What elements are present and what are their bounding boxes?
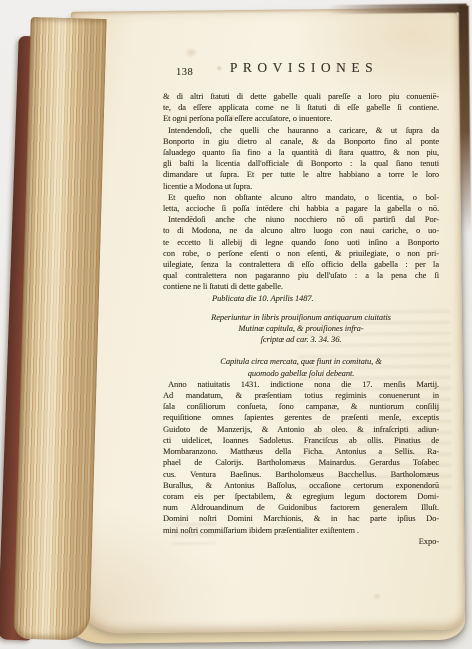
text-line: Reperiuntur in libris prouiſionum antiqu… bbox=[163, 312, 439, 323]
text-line: Guidoto de Manzerijs, & Antonio ab oleo.… bbox=[163, 424, 439, 435]
text-line: ſala conſiliorum conſueta, ſono campanæ,… bbox=[163, 401, 439, 412]
book-right-dark-edge bbox=[459, 6, 471, 234]
text-line: phael de Calorijs. Bartholomæus Mainardu… bbox=[163, 457, 439, 468]
text-line: & di altri ſtatuti di dette gabelle qual… bbox=[163, 91, 439, 102]
text-line: ſaluadego quanto ſia fino a la quantità … bbox=[163, 147, 439, 158]
text-line: requiſitione omnes ſapientes gerentes de… bbox=[163, 412, 439, 423]
text-line: coram eis per ſpectabilem, & egregium le… bbox=[163, 491, 439, 502]
text-line: cti uidelicet, Ioannes Sadoletus. Franci… bbox=[163, 435, 439, 446]
text-line: Et queſto non obſtante alcuno altro mand… bbox=[163, 192, 439, 203]
text-line: Intendendoſi, che quelli che hauranno a … bbox=[163, 125, 439, 136]
text-line: Et ogni perſona poſſa eſſere accuſatore,… bbox=[163, 113, 439, 124]
photo-background: 138 PROVISIONES & di altri ſtatuti di de… bbox=[0, 0, 472, 649]
text-line: cus. Ventura Baeſinus. Bartholomæus Bacc… bbox=[163, 469, 439, 480]
text-line: Burallus, & Antonius Baſſolus, occaſione… bbox=[163, 480, 439, 491]
text-line: Ad mandatum, & præſentiam totius regimin… bbox=[163, 390, 439, 401]
running-header: PROVISIONES bbox=[163, 62, 439, 73]
body-text: & di altri ſtatuti di dette gabelle qual… bbox=[163, 91, 439, 547]
text-line: ſcriptæ ad car. 3. 34. 36. bbox=[163, 334, 439, 345]
page-text: 138 PROVISIONES & di altri ſtatuti di de… bbox=[163, 62, 439, 547]
text-line: num Aldrouandinum de Guidonibus factorem… bbox=[163, 502, 439, 513]
text-line: mini noſtri commiſſarium ibidem præſenti… bbox=[163, 525, 439, 536]
text-line: contiene ne li ſtatuti di dette gabelle. bbox=[163, 281, 439, 292]
page-number: 138 bbox=[176, 67, 193, 78]
text-line: Publicata die 10. Aprilis 1487. bbox=[212, 293, 439, 304]
text-line: to di Modona, ne da alcuno altro luogo c… bbox=[163, 225, 439, 236]
page-top-browned-edge bbox=[327, 4, 467, 14]
text-line: te, da eſſere applicata come ne li ſtatu… bbox=[163, 102, 439, 113]
text-line: quomodo gabellæ ſolui debeant. bbox=[163, 368, 439, 379]
text-line: gli baſti la licentia dall'officiale di … bbox=[163, 158, 439, 169]
text-line: letta, accioche ſi poſſa intēdere chi ha… bbox=[163, 203, 439, 214]
text-line: uilegiate, ſenza la contralettera di eſſ… bbox=[163, 259, 439, 270]
text-line: te eccetto li allebij di legne quando ſo… bbox=[163, 237, 439, 248]
text-line: Capitula circa mercata, quæ fiunt in com… bbox=[163, 356, 439, 367]
text-line: Domini noſtri Domini Marchionis, & in ha… bbox=[163, 513, 439, 524]
text-line: licentie a Modona ut ſupra. bbox=[163, 181, 439, 192]
text-line: Mutinæ capitula, & prouiſiones infra- bbox=[163, 323, 439, 334]
text-line: dimandare ut ſupra. Et per tutte le altr… bbox=[163, 169, 439, 180]
running-head-row: 138 PROVISIONES bbox=[163, 62, 439, 81]
text-line: Mombaranzono. Matthæus della Ficha. Anto… bbox=[163, 446, 439, 457]
catchword: Expo- bbox=[163, 536, 439, 547]
text-line: Anno natiuitatis 1431. indictione nona d… bbox=[163, 379, 439, 390]
text-line: qual contralettera non pagaranno piu del… bbox=[163, 270, 439, 281]
text-line: con robe, o perſone eſenti o non eſenti,… bbox=[163, 248, 439, 259]
text-line: Intendēdoſi anche che niuno nocchiero nō… bbox=[163, 214, 439, 225]
text-line: Bonporto in giu dietro al canale, & da B… bbox=[163, 136, 439, 147]
